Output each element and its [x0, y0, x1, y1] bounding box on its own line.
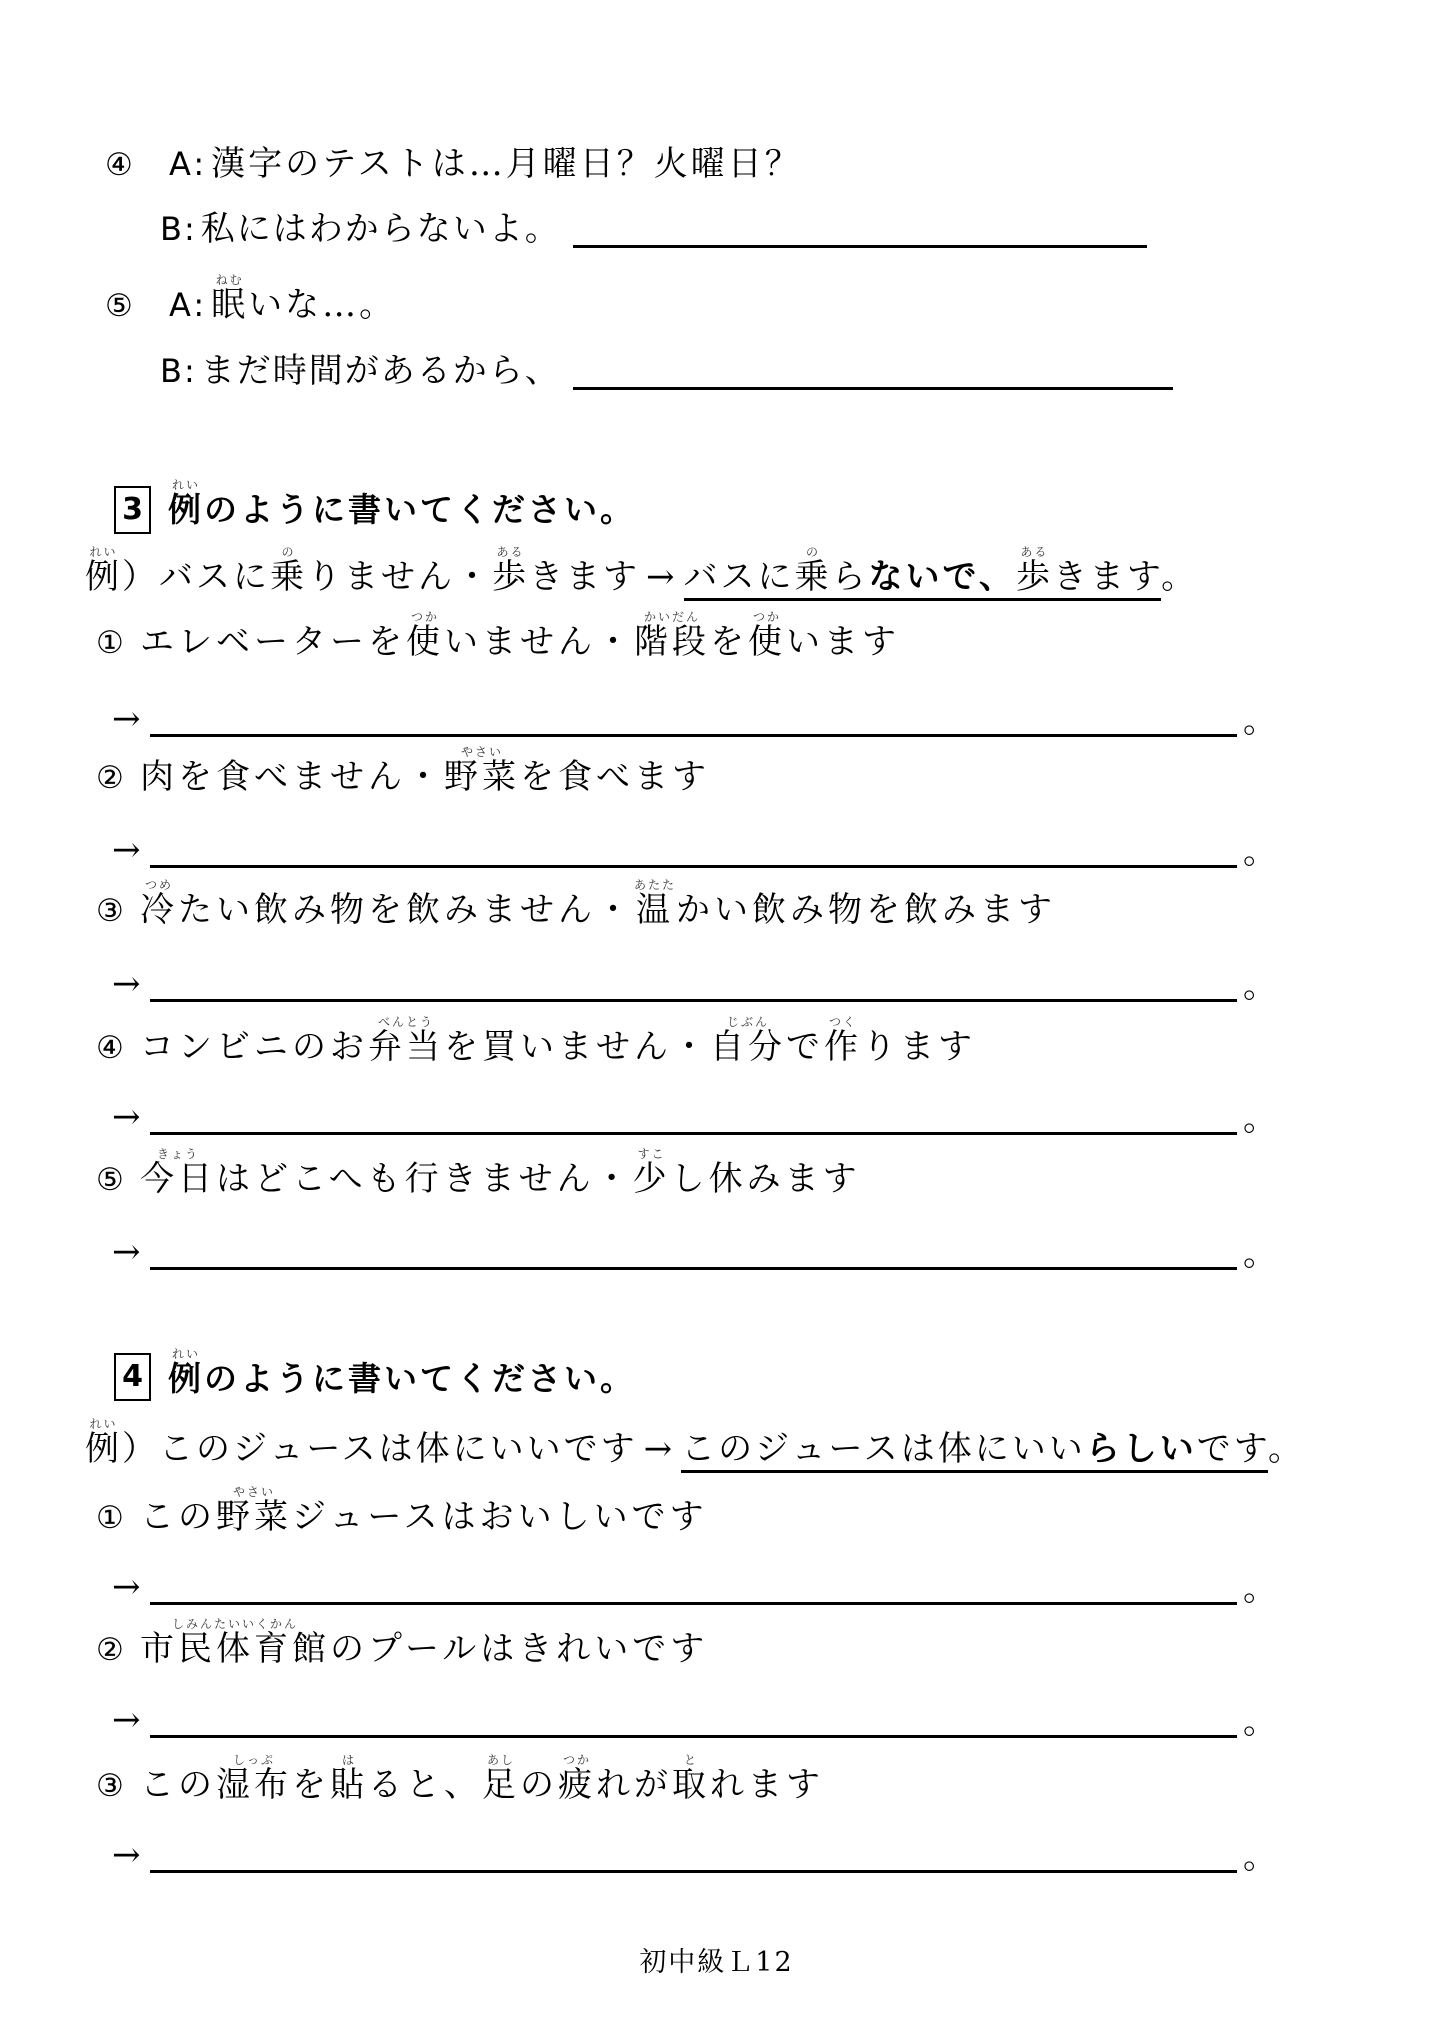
item-text: このしっぷ湿布をは貼ると、あし足のつか疲れがと取れます [140, 1765, 824, 1805]
answer-period: 。 [1243, 705, 1277, 737]
answer-blank-line [150, 1858, 1237, 1873]
dialogue-row-4a: ④A:漢字のテストは…月曜日？火曜日？ [96, 142, 802, 187]
item-number: ③ [96, 1764, 140, 1808]
example-source-text: このジュースは体にいいです [159, 1429, 638, 1469]
item-number: ① [96, 1496, 140, 1540]
answer-blank-line [150, 1120, 1237, 1135]
item-text: 肉を食べません・やさい野菜を食べます [140, 757, 710, 797]
period-mark: 。 [1268, 1429, 1305, 1469]
item-number: ② [96, 1628, 140, 1672]
answer-blank-line [150, 1590, 1237, 1605]
answer-period: 。 [1243, 836, 1277, 868]
dialogue-row-4b: B:私にはわからないよ。 [160, 202, 1147, 248]
period-mark: 。 [1161, 557, 1198, 597]
dialogue-b-text: 私にはわからないよ。 [201, 210, 561, 248]
answer-blank-line [150, 1723, 1237, 1738]
dialogue-row-5b: B:まだ時間があるから、 [160, 344, 1173, 390]
answer-arrow-icon: → [112, 701, 146, 737]
exercise-item: ⑤きょう今日はどこへも行きません・すこ少し休みます [96, 1148, 861, 1202]
exercise-item: ③このしっぷ湿布をは貼ると、あし足のつか疲れがと取れます [96, 1754, 824, 1808]
answer-blank-line [150, 987, 1237, 1002]
answer-blank-line [150, 853, 1237, 868]
exercise-item: ②しみんたいいくかん市民体育館のプールはきれいです [96, 1618, 708, 1672]
item-text: きょう今日はどこへも行きません・すこ少し休みます [140, 1159, 861, 1199]
dialogue-a-text: ねむ眠いな…。 [211, 285, 396, 325]
answer-period: 。 [1243, 970, 1277, 1002]
answer-arrow-icon: → [112, 1702, 146, 1738]
dialogue-b-text: まだ時間があるから、 [201, 352, 561, 390]
example-answer-underlined: バスにの乗らないで、ある歩きます [684, 557, 1162, 601]
page-footer: 初中級Ｌ12 [0, 1940, 1433, 1979]
answer-blank-line [150, 722, 1237, 737]
answer-arrow-icon: → [112, 1569, 146, 1605]
answer-period: 。 [1243, 1573, 1277, 1605]
item-text: つめ冷たい飲み物を飲みません・あたた温かい飲み物を飲みます [140, 890, 1056, 930]
answer-row: → 。 [112, 1228, 1277, 1270]
answer-row: → 。 [112, 1093, 1277, 1135]
answer-arrow-icon: → [112, 1837, 146, 1873]
dialogue-number: ④ [96, 143, 169, 187]
answer-row: → 。 [112, 1831, 1277, 1873]
answer-arrow-icon: → [112, 1099, 146, 1135]
speaker-b-label: B: [160, 210, 201, 248]
answer-row: → 。 [112, 1696, 1277, 1738]
item-text: コンビニのおべんとう弁当を買いません・じぶん自分でつく作ります [140, 1027, 976, 1067]
answer-period: 。 [1243, 1706, 1277, 1738]
answer-blank-line [573, 375, 1173, 390]
dialogue-number: ⑤ [96, 284, 169, 328]
exercise-item: ②肉を食べません・やさい野菜を食べます [96, 746, 710, 800]
answer-blank-line [573, 233, 1147, 248]
item-number: ① [96, 621, 140, 665]
answer-period: 。 [1243, 1103, 1277, 1135]
example-row: れい例）このジュースは体にいいです→このジュースは体にいいらしいです。 [85, 1418, 1305, 1471]
example-answer-underlined: このジュースは体にいいらしいです [681, 1429, 1268, 1473]
section-number-box: 3 [114, 486, 151, 534]
answer-period: 。 [1243, 1238, 1277, 1270]
item-text: しみんたいいくかん市民体育館のプールはきれいです [140, 1629, 708, 1669]
speaker-b-label: B: [160, 352, 201, 390]
item-number: ⑤ [96, 1158, 140, 1202]
item-number: ② [96, 756, 140, 800]
dialogue-a-text: 漢字のテストは…月曜日？火曜日？ [211, 144, 802, 184]
exercise-item: ①このやさい野菜ジュースはおいしいです [96, 1486, 708, 1540]
answer-arrow-icon: → [112, 832, 146, 868]
example-arrow-icon: → [644, 1429, 676, 1469]
speaker-a-label: A: [169, 145, 211, 183]
answer-row: → 。 [112, 960, 1277, 1002]
item-text: このやさい野菜ジュースはおいしいです [140, 1497, 708, 1537]
speaker-a-label: A: [169, 286, 211, 324]
example-label: れい例） [85, 557, 159, 597]
answer-row: → 。 [112, 826, 1277, 868]
answer-row: → 。 [112, 1563, 1277, 1605]
answer-period: 。 [1243, 1841, 1277, 1873]
exercise-item: ③つめ冷たい飲み物を飲みません・あたた温かい飲み物を飲みます [96, 879, 1056, 933]
exercise-item: ④コンビニのおべんとう弁当を買いません・じぶん自分でつく作ります [96, 1016, 976, 1070]
example-source-text: バスにの乗りません・ある歩きます [159, 557, 640, 597]
section-title: れい例のように書いてください。 [168, 479, 636, 532]
section-number-box: 4 [114, 1353, 151, 1401]
answer-row: → 。 [112, 695, 1277, 737]
item-number: ④ [96, 1026, 140, 1070]
worksheet-page: ④A:漢字のテストは…月曜日？火曜日？ B:私にはわからないよ。 ⑤A:ねむ眠い… [0, 0, 1433, 2024]
section-title: れい例のように書いてください。 [168, 1348, 636, 1401]
answer-blank-line [150, 1255, 1237, 1270]
example-arrow-icon: → [646, 557, 678, 597]
item-text: エレベーターをつか使いません・かいだん階段をつか使います [140, 622, 900, 662]
example-label: れい例） [85, 1429, 159, 1469]
dialogue-row-5a: ⑤A:ねむ眠いな…。 [96, 274, 396, 328]
item-number: ③ [96, 889, 140, 933]
exercise-item: ①エレベーターをつか使いません・かいだん階段をつか使います [96, 611, 900, 665]
answer-arrow-icon: → [112, 966, 146, 1002]
answer-arrow-icon: → [112, 1234, 146, 1270]
example-row: れい例）バスにの乗りません・ある歩きます→バスにの乗らないで、ある歩きます。 [85, 546, 1198, 599]
